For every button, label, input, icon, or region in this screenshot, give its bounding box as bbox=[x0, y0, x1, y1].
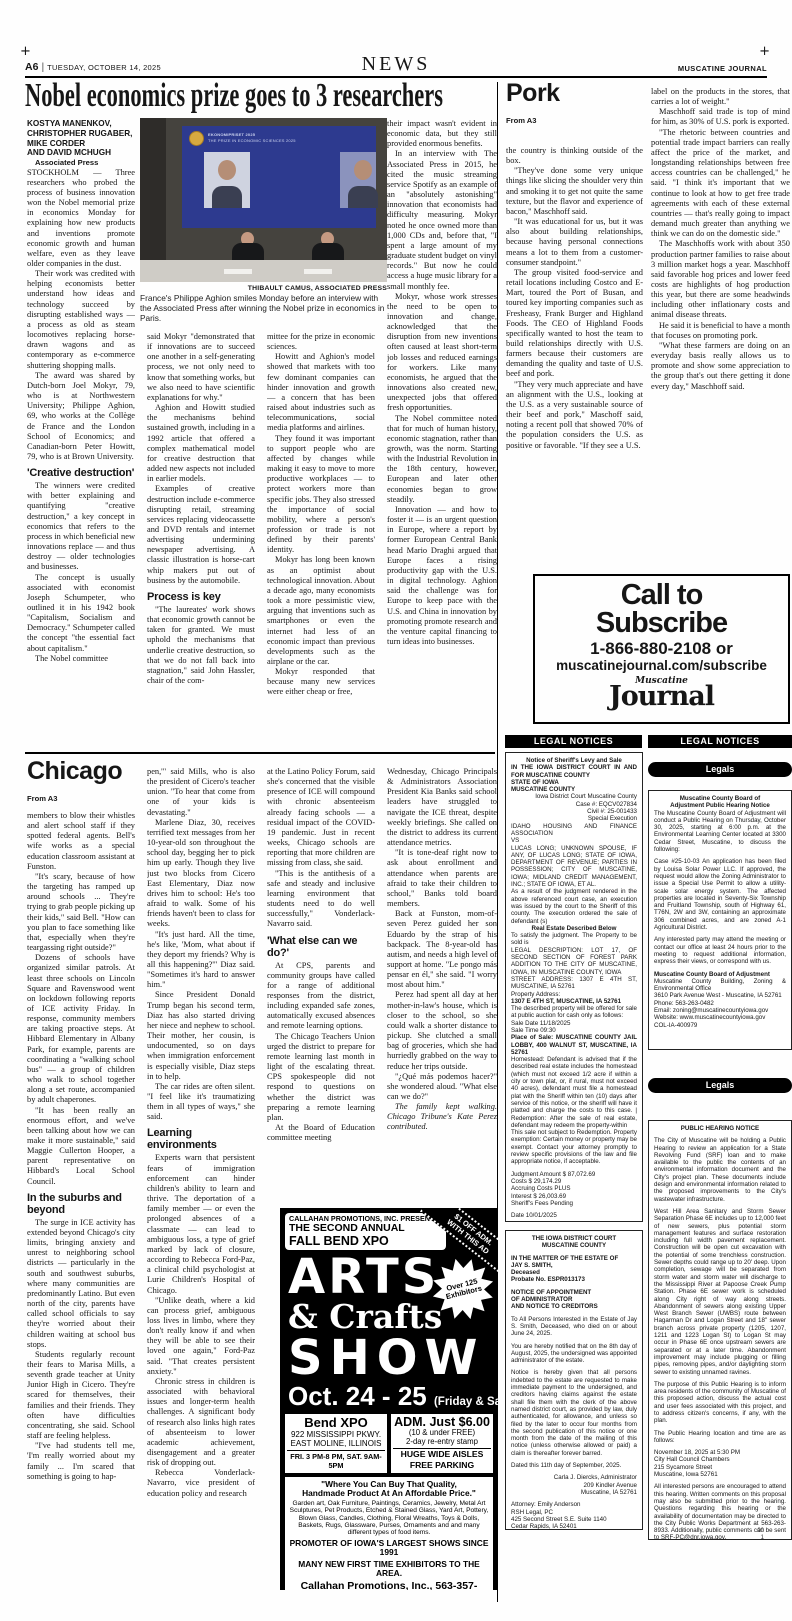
subscribe-phone-number: 1-866-880-2108 or bbox=[535, 639, 788, 658]
article-paragraph: Students regularly recount their fears t… bbox=[27, 1350, 135, 1441]
legal-notice-line: STREET ADDRESS: 1307 E 4TH ST, MUSCATINE… bbox=[511, 976, 637, 991]
article-paragraph: Rebecca Vonderlack-Navarro, vice preside… bbox=[147, 1468, 255, 1498]
byline-line: AND DAVID MCHUGH bbox=[27, 148, 135, 158]
article-paragraph: The surge in ICE activity has extended b… bbox=[27, 1218, 135, 1350]
article-paragraph: Aghion and Howitt studied the mechanisms… bbox=[147, 403, 255, 484]
legal-notices-bar-left: LEGAL NOTICES bbox=[505, 735, 642, 748]
press-table bbox=[140, 260, 387, 282]
article-paragraph: "It's scary, because of how the targetin… bbox=[27, 872, 135, 953]
chicago-section-title: Chicago bbox=[27, 758, 122, 785]
legal-notice-line: LUCAS LONG; UNKNOWN SPOUSE, IF ANY, OF L… bbox=[511, 845, 637, 889]
legal-notice-line: The Public Hearing location and time are… bbox=[654, 1430, 786, 1445]
article-paragraph: The family kept walking. Chicago Tribune… bbox=[387, 1102, 497, 1132]
section-title: NEWS bbox=[362, 53, 431, 76]
subscribe-ad: Call to Subscribe 1-866-880-2108 or musc… bbox=[533, 574, 790, 724]
article-paragraph: Examples of creative destruction include… bbox=[147, 484, 255, 586]
admission-box: ADM. Just $6.00 (10 & under FREE) 2-day … bbox=[391, 1414, 493, 1473]
article-paragraph: The Nobel committee noted that for much … bbox=[387, 414, 497, 505]
legal-notice-line: OF ADMINISTRATOR bbox=[511, 1296, 637, 1303]
legals-pill-top: Legals bbox=[648, 762, 792, 777]
article-paragraph: The Chicago Teachers Union urged the dis… bbox=[267, 1032, 375, 1123]
dates-days: (Friday & Saturday) bbox=[434, 1396, 498, 1408]
legal-notice-line: MUSCATINE COUNTY bbox=[511, 786, 637, 793]
article-paragraph: Mokyr, whose work stresses the need to b… bbox=[387, 292, 497, 414]
legal-notice-line: AND NOTICE TO CREDITORS bbox=[511, 1303, 637, 1310]
legal-notice-line: Deceased bbox=[511, 1269, 637, 1276]
legal-notice-line: Sale Date 11/18/2025 bbox=[511, 1020, 637, 1027]
legal-notice-line: Email: zoning@muscatinecountyiowa.gov bbox=[654, 1007, 786, 1014]
legal-notice-line: Special Execution bbox=[511, 815, 637, 822]
press-photo: EKONOMIPRISET 2025 THE PRIZE IN ECONOMIC… bbox=[140, 118, 387, 282]
arts-crafts-show-ad: $1 OFF ADM. WITH THIS AD CALLAHAN PROMOT… bbox=[280, 1208, 498, 1590]
legal-notice-line: MUSCATINE COUNTY bbox=[511, 1242, 637, 1249]
pork-section-title: Pork bbox=[506, 80, 560, 107]
page-header: A6|TUESDAY, OCTOBER 14, 2025 NEWS MUSCAT… bbox=[25, 52, 767, 78]
nobel-byline: KOSTYA MANENKOV,CHRISTOPHER RUGABER,MIKE… bbox=[27, 119, 135, 158]
article-paragraph: He said it is beneficial to have a month… bbox=[651, 321, 790, 341]
admission-stamp: 2-day re-entry stamp bbox=[393, 1438, 491, 1447]
pork-from-reference: From A3 bbox=[506, 116, 537, 125]
article-paragraph: At the Board of Education committee meet… bbox=[267, 1123, 375, 1143]
article-paragraph: "The laureates' work shows that economic… bbox=[147, 605, 255, 686]
public-hearing-notice: PUBLIC HEARING NOTICEThe City of Muscati… bbox=[648, 1120, 792, 1540]
legal-notice-line: Interest $ 26,003.69 bbox=[511, 1193, 637, 1200]
screen-title-line2: THE PRIZE IN ECONOMIC SCIENCES 2025 bbox=[208, 138, 296, 143]
legal-notice-line: Date 10/01/2025 bbox=[511, 1212, 637, 1219]
article-paragraph: their impact wasn't evident in economic … bbox=[387, 119, 497, 149]
article-paragraph: Mokyr responded that because many new se… bbox=[267, 667, 375, 697]
issue-date: TUESDAY, OCTOBER 14, 2025 bbox=[47, 63, 161, 72]
article-paragraph: said Mokyr "demonstrated that if innovat… bbox=[147, 332, 255, 403]
article-paragraph: Marlene Diaz, 30, receives terrified tex… bbox=[147, 818, 255, 930]
legal-notice-line: PUBLIC HEARING NOTICE bbox=[654, 1125, 786, 1132]
article-paragraph: Experts warn that persistent fears of im… bbox=[147, 1153, 255, 1295]
legal-notice-line: Muscatine County Building, Zoning & Envi… bbox=[654, 978, 786, 993]
article-paragraph: The Nobel committee bbox=[27, 654, 135, 664]
promoter-line: PROMOTER OF IOWA'S LARGEST SHOWS SINCE 1… bbox=[289, 1539, 489, 1558]
article-paragraph: Back at Funston, mom-of-seven Perez guid… bbox=[387, 909, 497, 990]
legal-notice-line: This sale not subject to Redemption. Pro… bbox=[511, 1129, 637, 1165]
legal-notice-line: West Hill Area Sanitary and Storm Sewer … bbox=[654, 1208, 786, 1376]
legal-notice-line: Case #25-10-03 An application has been f… bbox=[654, 858, 786, 931]
chicago-top-rule bbox=[25, 752, 495, 754]
article-paragraph: "I've had students tell me, 'I'm really … bbox=[27, 1441, 135, 1482]
admission-parking: FREE PARKING bbox=[393, 1460, 491, 1470]
legal-notice-line: The City of Muscatine will be holding a … bbox=[654, 1137, 786, 1203]
legals-pill-bottom: Legals bbox=[648, 1078, 792, 1093]
legal-notice-line: LEGAL DESCRIPTION: LOT 17, OF SECOND SEC… bbox=[511, 947, 637, 976]
ad-info-box: "Where You Can Buy That Quality, Handmad… bbox=[285, 1477, 493, 1590]
table-nameplate bbox=[224, 269, 252, 274]
article-paragraph: label on the products in the stores, tha… bbox=[651, 87, 790, 107]
legal-notice-line: Place of Sale: MUSCATINE COUNTY JAIL LOB… bbox=[511, 1034, 637, 1056]
laureate-portrait-left bbox=[204, 152, 250, 208]
article-paragraph: members to blow their whistles and alert… bbox=[27, 811, 135, 872]
sheriff-sale-notice: Notice of Sheriff's Levy and SaleIN THE … bbox=[505, 752, 643, 1222]
legal-notice-line: November 18, 2025 at 5:30 PM bbox=[654, 1449, 786, 1456]
chicago-column-2: pen,'" said Mills, who is also the presi… bbox=[147, 767, 255, 1606]
bottom-mark-2: 1 bbox=[757, 1535, 764, 1542]
legal-notice-line: Attorney: Emily Anderson bbox=[511, 1501, 637, 1508]
legal-notice-line: IN THE MATTER OF THE ESTATE OF bbox=[511, 1255, 637, 1262]
show-dates: Oct. 24 - 25 (Friday & Saturday) bbox=[288, 1383, 494, 1410]
legal-notice-line: JAY S. SMITH, bbox=[511, 1262, 637, 1269]
chicago-column-1: members to blow their whistles and alert… bbox=[27, 811, 135, 1606]
admission-aisles: HUGE WIDE AISLES bbox=[393, 1448, 491, 1459]
article-paragraph: 'Creative destruction' bbox=[27, 467, 135, 479]
nobel-column-2: said Mokyr "demonstrated that if innovat… bbox=[147, 332, 255, 735]
legal-notice-line: You are hereby notified that on the 8th … bbox=[511, 1343, 637, 1365]
legal-notice-line: STATE OF IOWA bbox=[511, 779, 637, 786]
article-paragraph: "¿Qué más podemos hacer?" she wondered a… bbox=[387, 1072, 497, 1102]
article-paragraph: at the Latino Policy Forum, said she's c… bbox=[267, 767, 375, 869]
laureate-torso bbox=[212, 186, 242, 208]
legal-notice-line: All interested persons are encouraged to… bbox=[654, 1483, 786, 1540]
venue-name: Bend XPO bbox=[287, 1416, 385, 1430]
article-paragraph: Wednesday, Chicago Principals & Administ… bbox=[387, 767, 497, 848]
nobel-column-4: their impact wasn't evident in economic … bbox=[387, 119, 497, 735]
article-paragraph: "The rhetoric between countries and pote… bbox=[651, 128, 790, 240]
legal-notice-line: Muscatine County Board of bbox=[654, 795, 786, 802]
legal-notice-line: Probate No. ESPR013173 bbox=[511, 1276, 637, 1283]
bottom-mark-1: 00 bbox=[757, 1528, 764, 1535]
legal-notice-line: Iowa District Court Muscatine County bbox=[511, 793, 637, 800]
chicago-column-4: Wednesday, Chicago Principals & Administ… bbox=[387, 767, 497, 1203]
article-paragraph: Since President Donald Trump began his s… bbox=[147, 990, 255, 1081]
legal-notice-line: Muscatine County Board of Adjustment bbox=[654, 971, 786, 978]
nobel-medal-icon bbox=[189, 131, 204, 146]
chicago-from-reference: From A3 bbox=[27, 794, 58, 803]
screen-title-line1: EKONOMIPRISET 2025 bbox=[208, 132, 255, 137]
pork-column-2: label on the products in the stores, tha… bbox=[651, 87, 790, 565]
fall-xpo-line: FALL BEND XPO bbox=[289, 1235, 442, 1249]
article-paragraph: Learning environments bbox=[147, 1127, 255, 1151]
legal-notice-line: As a result of the judgment rendered in … bbox=[511, 888, 637, 924]
chicago-column-3: at the Latino Policy Forum, said she's c… bbox=[267, 767, 375, 1203]
article-paragraph: "They've done some very unique things li… bbox=[506, 166, 643, 217]
legal-notice-line: 215 Sycamore Street bbox=[654, 1464, 786, 1471]
article-paragraph: 'What else can we do?' bbox=[267, 935, 375, 959]
legal-notice-line: IDAHO HOUSING AND FINANCE ASSOCIATION bbox=[511, 823, 637, 838]
annual-line: THE SECOND ANNUAL bbox=[289, 1223, 442, 1235]
article-paragraph: Mokyr has long been known as an optimist… bbox=[267, 555, 375, 667]
venue-admission-row: Bend XPO 922 MISSISSIPPI PKWY. EAST MOLI… bbox=[285, 1414, 493, 1473]
byline-organization: Associated Press bbox=[27, 158, 135, 167]
article-paragraph: "This is the antithesis of a safe and st… bbox=[267, 869, 375, 930]
legal-notice-line: NOTICE OF APPOINTMENT bbox=[511, 1289, 637, 1296]
article-paragraph: Perez had spent all day at her mother-in… bbox=[387, 990, 497, 1071]
photo-caption: France's Philippe Aghion smiles Monday b… bbox=[140, 294, 387, 324]
page-number-date: A6|TUESDAY, OCTOBER 14, 2025 bbox=[25, 61, 161, 73]
legal-notice-line: The Muscatine County Board of Adjustment… bbox=[654, 810, 786, 854]
photo-credit: THIBAULT CAMUS, ASSOCIATED PRESS bbox=[140, 285, 387, 292]
legal-notice-line: VS bbox=[511, 837, 637, 844]
legal-notice-line: Case #: EQCV027834 bbox=[511, 801, 637, 808]
legal-notice-line: THE IOWA DISTRICT COURT bbox=[511, 1235, 637, 1242]
header-divider: | bbox=[41, 61, 44, 73]
table-nameplate bbox=[304, 269, 332, 274]
article-paragraph: pen,'" said Mills, who is also the presi… bbox=[147, 767, 255, 818]
article-paragraph: "It has been really an enormous effort, … bbox=[27, 1106, 135, 1187]
article-paragraph: The Maschhoffs work with about 350 produ… bbox=[651, 239, 790, 320]
legal-notice-line: Carla J. Diercks, Administrator bbox=[511, 1474, 637, 1481]
article-paragraph: "Unlike death, where a kid can process g… bbox=[147, 1296, 255, 1377]
legal-notice-line: To satisfy the judgment. The Property to… bbox=[511, 932, 637, 947]
publication-name: MUSCATINE JOURNAL bbox=[678, 64, 767, 73]
article-paragraph: the country is thinking outside of the b… bbox=[506, 146, 643, 166]
venue-hours: FRI. 3 PM-8 PM, SAT. 9AM-5PM bbox=[287, 1450, 385, 1470]
article-paragraph: STOCKHOLM — Three researchers who probed… bbox=[27, 168, 135, 270]
presenter-block: CALLAHAN PROMOTIONS, INC. PRESENTS THE S… bbox=[285, 1213, 446, 1250]
article-paragraph: "What these farmers are doing on an ever… bbox=[651, 341, 790, 392]
legal-notice-line: Costs $ 29,174.29 bbox=[511, 1178, 637, 1185]
legal-notice-line: Muscatine, Iowa 52761 bbox=[654, 1471, 786, 1478]
article-paragraph: The group visited food-service and retai… bbox=[506, 268, 643, 380]
laureate-face bbox=[354, 160, 372, 180]
legal-notice-line: 3610 Park Avenue West - Muscatine, IA 52… bbox=[654, 992, 786, 999]
legal-notice-line: RSH Legal, PC bbox=[511, 1509, 637, 1516]
article-paragraph: Dozens of schools have organized similar… bbox=[27, 953, 135, 1105]
venue-box: Bend XPO 922 MISSISSIPPI PKWY. EAST MOLI… bbox=[285, 1414, 387, 1473]
legal-notice-line: Adjustment Public Hearing Notice bbox=[654, 802, 786, 809]
photo-pillar bbox=[140, 118, 166, 282]
nobel-column-1-body: STOCKHOLM — Three researchers who probed… bbox=[27, 168, 135, 664]
legal-notice-line: Sheriff's Fees Pending bbox=[511, 1200, 637, 1207]
legal-notice-line: Notice of Sheriff's Levy and Sale bbox=[511, 757, 637, 764]
article-paragraph: The concept is usually associated with e… bbox=[27, 573, 135, 654]
article-paragraph: In an interview with The Associated Pres… bbox=[387, 149, 497, 291]
legal-notice-line: COL-IA-400979 bbox=[654, 1022, 786, 1029]
article-paragraph: "It is tone-deaf right now to ask about … bbox=[387, 848, 497, 909]
laureate-torso bbox=[348, 186, 378, 208]
byline-line: KOSTYA MANENKOV, bbox=[27, 119, 135, 129]
legal-notice-line: Cedar Rapids, IA 52401 bbox=[511, 1523, 637, 1530]
subscribe-ad-title-line1: Call to bbox=[535, 581, 788, 609]
legal-notice-line: Sale Time 09:30 bbox=[511, 1027, 637, 1034]
legal-notice-line: The described property will be offered f… bbox=[511, 1005, 637, 1020]
article-paragraph: mittee for the prize in economic science… bbox=[267, 332, 375, 352]
legal-notice-line: Website: www.muscatinecountyiowa.gov bbox=[654, 1014, 786, 1021]
legal-notice-line: Civil #: 25-001433 bbox=[511, 808, 637, 815]
many-new-line: MANY NEW FIRST TIME EXHIBITORS TO THE AR… bbox=[289, 1560, 489, 1579]
article-paragraph: Chronic stress in children is associated… bbox=[147, 1377, 255, 1468]
ad-word-show: SHOW bbox=[288, 1334, 498, 1382]
legal-notice-line: Judgment Amount $ 87,072.69 bbox=[511, 1171, 637, 1178]
venue-address2: EAST MOLINE, ILLINOIS bbox=[287, 1439, 385, 1448]
article-paragraph: "It was educational for us, but it was a… bbox=[506, 217, 643, 268]
article-paragraph: The award was shared by Dutch-born Joel … bbox=[27, 371, 135, 462]
article-paragraph: Maschhoff said trade is top of mind for … bbox=[651, 107, 790, 127]
items-list: Garden art, Oak Furniture, Paintings, Ce… bbox=[289, 1500, 489, 1537]
dates-text: Oct. 24 - 25 bbox=[288, 1381, 427, 1411]
subscribe-website-url: muscatinejournal.com/subscribe bbox=[535, 658, 788, 673]
article-paragraph: "It's just hard. All the time, he's like… bbox=[147, 930, 255, 991]
legal-notice-line: 425 Second Street S.E. Suite 1140 bbox=[511, 1516, 637, 1523]
legal-notice-line: Accruing Costs PLUS bbox=[511, 1185, 637, 1192]
nobel-announcement-screen: EKONOMIPRISET 2025 THE PRIZE IN ECONOMIC… bbox=[182, 126, 376, 228]
legal-notice-line: Dated this 11th day of September, 2025. bbox=[511, 1462, 637, 1469]
article-paragraph: The car rides are often silent. "I feel … bbox=[147, 1082, 255, 1123]
legal-notice-line: Notice is hereby given that all persons … bbox=[511, 1369, 637, 1457]
article-paragraph: At CPS, parents and community groups hav… bbox=[267, 961, 375, 1032]
board-adjustment-notice: Muscatine County Board ofAdjustment Publ… bbox=[648, 790, 792, 1050]
legal-notice-line: Muscatine, IA 52761 bbox=[511, 1489, 637, 1496]
article-paragraph: They found it was important to support p… bbox=[267, 434, 375, 556]
page-number: A6 bbox=[25, 61, 38, 73]
newspaper-page: + + A6|TUESDAY, OCTOBER 14, 2025 NEWS MU… bbox=[0, 0, 792, 1621]
byline-line: MIKE CORDER bbox=[27, 139, 135, 149]
legal-notice-line: City Hall Council Chambers bbox=[654, 1456, 786, 1463]
legal-notice-line: 209 Kindler Avenue bbox=[511, 1482, 637, 1489]
pork-column-1: the country is thinking outside of the b… bbox=[506, 146, 643, 566]
ad-contact: Callahan Promotions, Inc., 563-357-1986 bbox=[289, 1580, 489, 1590]
journal-logo: Journal bbox=[535, 685, 788, 709]
venue-address1: 922 MISSISSIPPI PKWY. bbox=[287, 1430, 385, 1439]
legal-notice-line: Any interested party may attend the meet… bbox=[654, 936, 786, 965]
nobel-headline: Nobel economics prize goes to 3 research… bbox=[25, 78, 443, 114]
page-bottom-marks: 00 1 bbox=[757, 1528, 764, 1542]
nobel-column-1: KOSTYA MANENKOV,CHRISTOPHER RUGABER,MIKE… bbox=[27, 119, 135, 735]
estate-notice: THE IOWA DISTRICT COURTMUSCATINE COUNTYI… bbox=[505, 1230, 643, 1530]
subscribe-ad-title-line2: Subscribe bbox=[535, 609, 788, 637]
legal-notices-bar-right: LEGAL NOTICES bbox=[648, 735, 792, 748]
article-paragraph: Process is key bbox=[147, 591, 255, 603]
byline-line: CHRISTOPHER RUGABER, bbox=[27, 129, 135, 139]
article-paragraph: "They very much appreciate and have an a… bbox=[506, 380, 643, 451]
legal-notice-line: Real Estate Described Below bbox=[511, 925, 637, 932]
legal-notice-line: Phone: 563-263-0482 bbox=[654, 1000, 786, 1007]
nobel-column-3: mittee for the prize in economic science… bbox=[267, 332, 375, 735]
article-paragraph: Innovation — and how to foster it — is a… bbox=[387, 505, 497, 647]
legal-notice-line: The purpose of this Public Hearing is to… bbox=[654, 1381, 786, 1425]
legal-notice-line: 1307 E 4TH ST, MUSCATINE, IA 52761 bbox=[511, 998, 637, 1005]
article-paragraph: Their work was credited with helping eco… bbox=[27, 269, 135, 371]
laureate-face bbox=[218, 160, 236, 180]
article-paragraph: In the suburbs and beyond bbox=[27, 1192, 135, 1216]
article-paragraph: The winners were credited with better ex… bbox=[27, 481, 135, 572]
legal-notice-line: IN THE IOWA DISTRICT COURT IN AND FOR MU… bbox=[511, 764, 637, 779]
legal-notice-line: Homestead: Defendant is advised that if … bbox=[511, 1056, 637, 1129]
quality-line2: Handmade Product At An Affordable Price.… bbox=[289, 1489, 489, 1498]
laureate-portrait-right bbox=[340, 152, 376, 208]
legal-notice-line: Property Address: bbox=[511, 991, 637, 998]
legal-notice-line: To All Persons Interested in the Estate … bbox=[511, 1316, 637, 1338]
article-paragraph: Howitt and Aghion's model showed that ma… bbox=[267, 352, 375, 433]
